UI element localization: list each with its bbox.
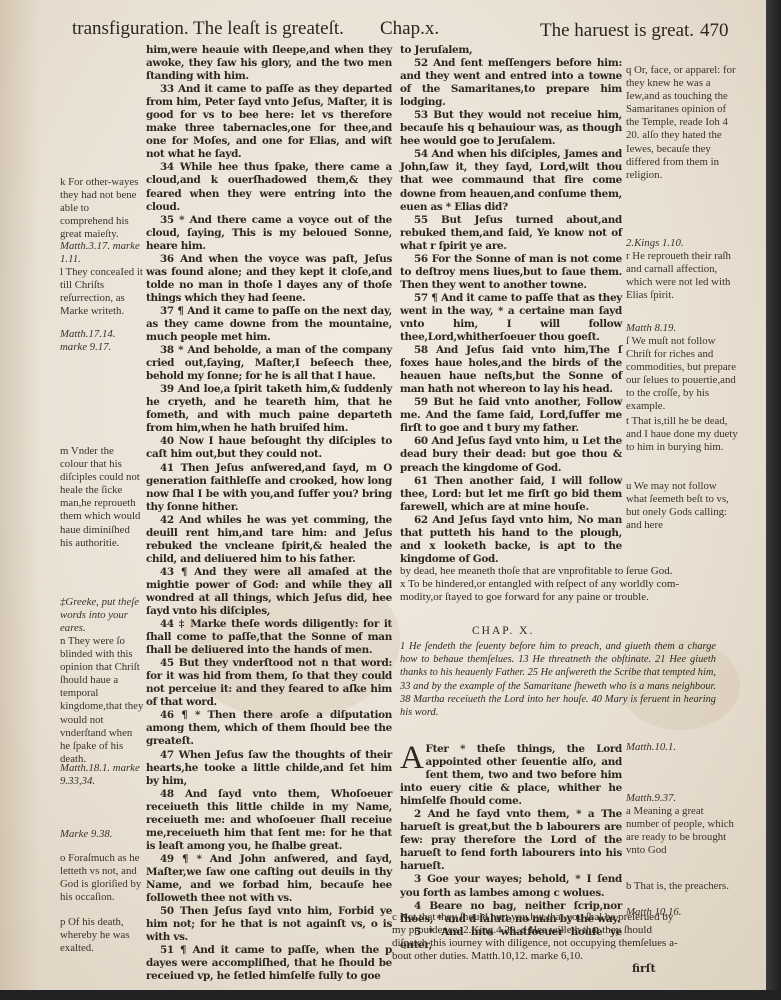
verse-text: Fter * theſe things, the Lord appointed … [400,743,622,807]
verse: 60 And Jeſus ſayd vnto him, u Let the de… [400,435,622,474]
verse: 53 But they would not receiue him, becau… [400,109,622,148]
running-head-left: transfiguration. The leaſt is greateſt. [72,18,344,40]
verse-first: AFter * theſe things, the Lord appointed… [400,743,622,808]
margin-note: r He reproueth their raſh and carnall af… [626,250,738,302]
verse: him,were heauie with ſleepe,and when the… [146,44,392,83]
drop-cap: A [400,744,424,772]
verse: 2 And he ſayd vnto them, * a The harueſt… [400,808,622,873]
margin-note: u We may not follow what ſeemeth beſt to… [626,480,738,532]
margin-note: a Meaning a great number of people, whic… [626,805,738,857]
verse: 55 But Jeſus turned about,and rebuked th… [400,214,622,253]
margin-note: ſ We muſt not follow Chriſt for riches a… [626,335,738,414]
verse: 51 ¶ And it came to paſſe, when the p da… [146,944,392,983]
verse: 46 ¶ * Then there aroſe a diſputation am… [146,709,392,748]
margin-cross-reference: Matth.17.14. marke 9.17. [60,328,144,354]
footnote-line: x To be hindered,or entangled with reſpe… [400,578,745,591]
verse: 45 But they vnderſtood not n that word: … [146,657,392,709]
background-edge [0,990,781,1000]
verse: 3 Goe your wayes; behold, * I ſend you f… [400,873,622,899]
verse: 38 * And beholde, a man of the company c… [146,344,392,383]
verse: 57 ¶ And it came to paſſe that as they w… [400,292,622,344]
margin-cross-reference: ‡Greeke, put theſe words into your eares… [60,596,144,635]
margin-cross-reference: Matth.3.17. marke 1.11. [60,240,144,266]
footnote-line: bout other duties. Matth.10,12. marke 6,… [392,950,722,963]
verse: 36 And when the voyce was paſt, Jeſus wa… [146,253,392,305]
margin-note: l They conceaIed it till Chriſts reſurre… [60,266,144,318]
verse: 43 ¶ And they were all amaſed at the mig… [146,566,392,618]
margin-cross-reference: Matth 10.16. [626,906,738,919]
book-page: transfiguration. The leaſt is greateſt. … [0,0,766,990]
verse: 37 ¶ And it came to paſſe on the next da… [146,305,392,344]
margin-note: q Or, face, or apparel: for they knew he… [626,64,738,182]
verse: 50 Then Jeſus ſayd vnto him, Forbid ye h… [146,905,392,944]
verse: 35 * And there came a voyce out of the c… [146,214,392,253]
verse: to Jeruſalem, [400,44,622,57]
background-edge [766,0,781,1000]
margin-note: t That is,till he be dead, and I haue do… [626,415,738,454]
text-column-left: him,were heauie with ſleepe,and when the… [146,44,392,983]
verse: 42 And whiles he was yet comming, the de… [146,514,392,566]
footnote-line: modity,or ſtayed to goe forward for any … [400,591,745,604]
verse: 33 And it came to paſſe as they departed… [146,83,392,161]
running-head-chapter: Chap.x. [380,18,439,40]
chapter-heading: CHAP. X. [472,625,534,637]
verse: 47 When Jeſus ſaw the thoughts of their … [146,749,392,788]
catchword: firſt [632,962,656,975]
margin-cross-reference: Matth.9.37. [626,792,738,805]
margin-note: p Of his death, whereby he was exalted. [60,916,144,955]
text-column-right: to Jeruſalem, 52 And ſent meſſengers bef… [400,44,622,566]
margin-note: k For other-wayes they had not bene able… [60,176,144,241]
verse: 58 And Jeſus ſaid vnto him,The ſ foxes h… [400,344,622,396]
chapter-summary: 1 He ſendeth the ſeuenty before him to p… [400,640,716,719]
verse: 54 And when his diſciples, James and Joh… [400,148,622,213]
verse: 40 Now I haue beſought thy diſciples to … [146,435,392,461]
margin-note: o Foraſmuch as he letteth vs not, and Go… [60,852,144,904]
verse: 56 For the Sonne of man is not come to d… [400,253,622,292]
verse: 61 Then another ſaid, I will follow thee… [400,475,622,514]
verse: 62 And Jeſus ſayd vnto him, No man that … [400,514,622,566]
margin-cross-reference: Matth 8.19. [626,322,738,335]
running-head: transfiguration. The leaſt is greateſt. … [72,14,752,42]
footnote-line: my prouidence. 2.King.4 29. d Hee willet… [392,924,722,937]
footnote-line: by dead, hee meaneth thoſe that are vnpr… [400,565,745,578]
margin-note: n They were ſo blinded with this opinion… [60,635,144,766]
verse: 59 But he ſaid vnto another, Follow me. … [400,396,622,435]
verse: 34 While hee thus ſpake, there came a cl… [146,161,392,213]
verse: 41 Then Jeſus anſwered,and ſayd, m O gen… [146,462,392,514]
gutter-shadow [0,0,40,990]
margin-cross-reference: Matth.18.1. marke 9.33,34. [60,762,144,788]
margin-cross-reference: 2.Kings 1.10. [626,237,738,250]
margin-note: m Vnder the colour that his diſciples co… [60,445,144,550]
running-head-right: The haruest is great. [540,20,694,42]
footnote-line: diſpatch this iourney with diligence, no… [392,937,722,950]
margin-cross-reference: Matth.10.1. [626,741,738,754]
verse: 39 And loe,a ſpirit taketh him,& ſuddenl… [146,383,392,435]
verse: 48 And ſayd vnto them, Whoſoeuer receiue… [146,788,392,853]
verse: 49 ¶ * And John anſwered, and ſayd, Maſt… [146,853,392,905]
margin-cross-reference: Marke 9.38. [60,828,144,841]
page-number: 470 [700,20,729,42]
verse: 44 ‡ Marke theſe words diligently: for i… [146,618,392,657]
footnotes-chapter-9: by dead, hee meaneth thoſe that are vnpr… [400,565,745,604]
margin-note: b That is, the preachers. [626,880,738,893]
verse: 52 And ſent meſſengers before him: and t… [400,57,622,109]
